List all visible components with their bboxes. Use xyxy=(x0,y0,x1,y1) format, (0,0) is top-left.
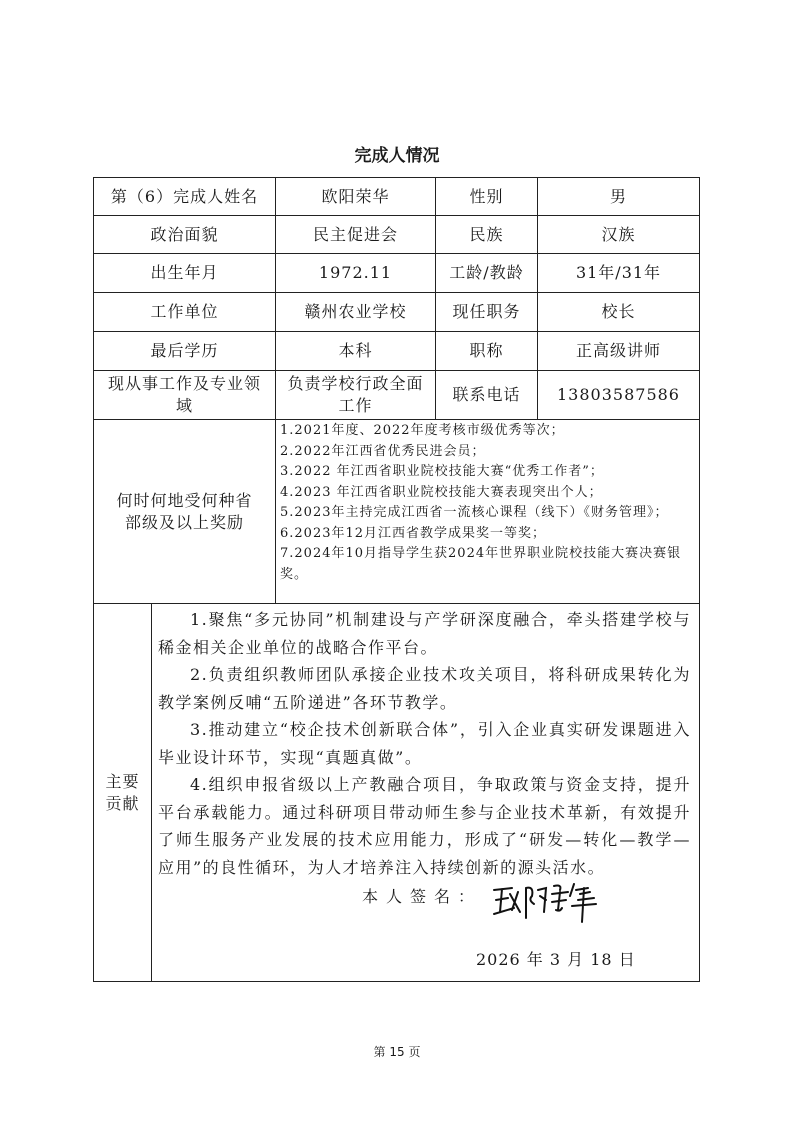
row-birth: 出生年月 1972.11 工龄/教龄 31年/31年 xyxy=(94,254,700,293)
label-awards: 何时何地受何种省部级及以上奖励 xyxy=(94,420,276,604)
value-name: 欧阳荣华 xyxy=(276,178,436,216)
label-position: 现任职务 xyxy=(436,293,538,332)
row-awards: 何时何地受何种省部级及以上奖励 1.2021年度、2022年度考核市级优秀等次；… xyxy=(94,420,700,604)
label-field: 现从事工作及专业领域 xyxy=(94,371,276,420)
value-workplace: 赣州农业学校 xyxy=(276,293,436,332)
award-item: 3.2022 年江西省职业院校技能大赛“优秀工作者”； xyxy=(280,462,695,483)
value-politics: 民主促进会 xyxy=(276,216,436,254)
award-item: 1.2021年度、2022年度考核市级优秀等次； xyxy=(280,421,695,442)
row-field: 现从事工作及专业领域 负责学校行政全面工作 联系电话 13803587586 xyxy=(94,371,700,420)
value-seniority: 31年/31年 xyxy=(538,254,700,293)
label-title: 职称 xyxy=(436,332,538,371)
value-gender: 男 xyxy=(538,178,700,216)
contributions-text: 1.聚焦“多元协同”机制建设与产学研深度融合，牵头搭建学校与稀金相关企业单位的战… xyxy=(152,604,699,881)
row-contributions: 主要贡献 1.聚焦“多元协同”机制建设与产学研深度融合，牵头搭建学校与稀金相关企… xyxy=(94,604,700,982)
label-contributions: 主要贡献 xyxy=(94,604,152,982)
info-table: 第（6）完成人姓名 欧阳荣华 性别 男 政治面貌 民主促进会 民族 汉族 出生年… xyxy=(93,177,700,982)
row-work: 工作单位 赣州农业学校 现任职务 校长 xyxy=(94,293,700,332)
contribution-paragraph: 1.聚焦“多元协同”机制建设与产学研深度融合，牵头搭建学校与稀金相关企业单位的战… xyxy=(158,606,691,661)
label-gender: 性别 xyxy=(436,178,538,216)
label-name: 第（6）完成人姓名 xyxy=(94,178,276,216)
contribution-paragraph: 4.组织申报省级以上产教融合项目，争取政策与资金支持，提升平台承载能力。通过科研… xyxy=(158,771,691,881)
contributions-cell: 1.聚焦“多元协同”机制建设与产学研深度融合，牵头搭建学校与稀金相关企业单位的战… xyxy=(152,604,700,982)
value-education: 本科 xyxy=(276,332,436,371)
award-item: 2.2022年江西省优秀民进会员； xyxy=(280,442,695,463)
value-phone: 13803587586 xyxy=(538,371,700,420)
signature-date: 2026 年 3 月 18 日 xyxy=(476,949,636,971)
award-item: 4.2023 年江西省职业院校技能大赛表现突出个人； xyxy=(280,483,695,504)
section-title: 完成人情况 xyxy=(0,141,794,166)
contribution-paragraph: 3.推动建立“校企技术创新联合体”，引入企业真实研发课题进入毕业设计环节，实现“… xyxy=(158,716,691,771)
label-politics: 政治面貌 xyxy=(94,216,276,254)
value-ethnicity: 汉族 xyxy=(538,216,700,254)
label-ethnicity: 民族 xyxy=(436,216,538,254)
handwritten-signature xyxy=(490,876,600,926)
contribution-paragraph: 2.负责组织教师团队承接企业技术攻关项目，将科研成果转化为教学案例反哺“五阶递进… xyxy=(158,661,691,716)
value-birth: 1972.11 xyxy=(276,254,436,293)
signature-label: 本人签名： xyxy=(362,886,482,908)
award-item: 6.2023年12月江西省教学成果奖一等奖； xyxy=(280,524,695,545)
page-number: 第 15 页 xyxy=(0,1043,794,1060)
value-title: 正高级讲师 xyxy=(538,332,700,371)
label-education: 最后学历 xyxy=(94,332,276,371)
label-phone: 联系电话 xyxy=(436,371,538,420)
label-birth: 出生年月 xyxy=(94,254,276,293)
value-position: 校长 xyxy=(538,293,700,332)
row-education: 最后学历 本科 职称 正高级讲师 xyxy=(94,332,700,371)
award-item: 5.2023年主持完成江西省一流核心课程（线下）《财务管理》； xyxy=(280,503,695,524)
label-workplace: 工作单位 xyxy=(94,293,276,332)
label-seniority: 工龄/教龄 xyxy=(436,254,538,293)
awards-list: 1.2021年度、2022年度考核市级优秀等次； 2.2022年江西省优秀民进会… xyxy=(276,420,700,604)
row-politics: 政治面貌 民主促进会 民族 汉族 xyxy=(94,216,700,254)
row-name: 第（6）完成人姓名 欧阳荣华 性别 男 xyxy=(94,178,700,216)
value-field: 负责学校行政全面工作 xyxy=(276,371,436,420)
award-item: 7.2024年10月指导学生获2024年世界职业院校技能大赛决赛银奖。 xyxy=(280,544,695,585)
